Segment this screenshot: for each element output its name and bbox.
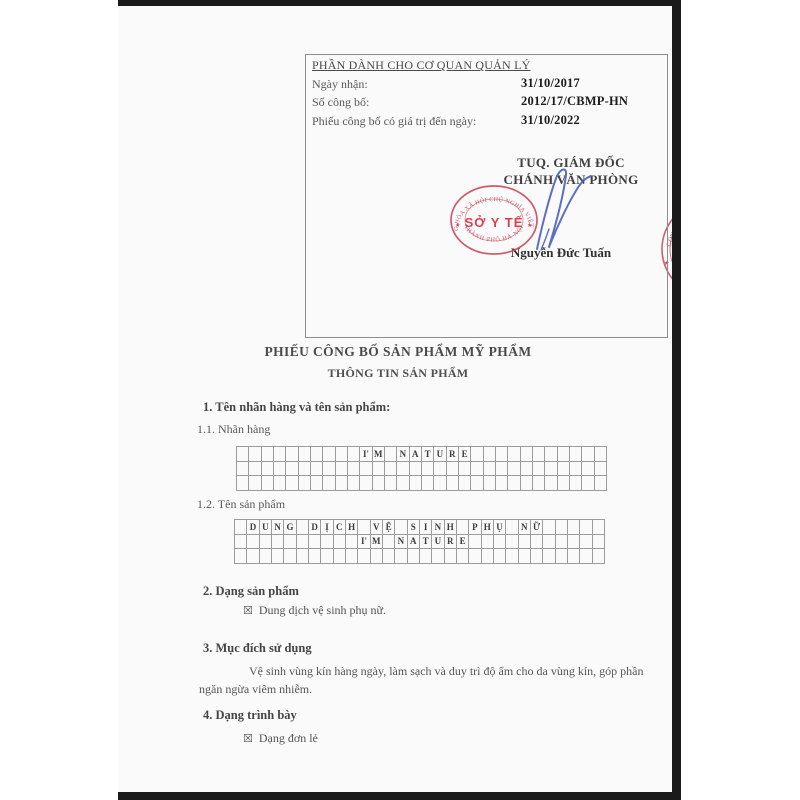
grid-cell xyxy=(284,549,296,564)
grid-cell: P xyxy=(469,520,481,535)
grid-cell xyxy=(309,535,321,550)
grid-cell xyxy=(556,535,568,550)
grid-cell xyxy=(274,447,286,462)
grid-cell: Ữ xyxy=(531,520,543,535)
grid-cell xyxy=(321,535,333,550)
grid-cell xyxy=(237,462,249,477)
grid-cell xyxy=(543,520,555,535)
received-date-value: 31/10/2017 xyxy=(521,76,580,91)
grid-cell xyxy=(237,447,249,462)
grid-cell xyxy=(543,549,555,564)
grid-cell: Ị xyxy=(321,520,333,535)
grid-cell xyxy=(274,476,286,491)
grid-cell xyxy=(432,549,444,564)
section1-sub2-label: 1.2. Tên sản phẩm xyxy=(197,497,285,512)
grid-cell xyxy=(336,476,348,491)
photo-right-border xyxy=(672,0,681,800)
grid-cell xyxy=(506,520,518,535)
grid-cell: U xyxy=(434,447,446,462)
grid-cell xyxy=(484,462,496,477)
grid-cell: R xyxy=(445,535,457,550)
grid-cell xyxy=(568,520,580,535)
document-photo: PHẦN DÀNH CHO CƠ QUAN QUẢN LÝ Ngày nhận:… xyxy=(118,0,681,800)
grid-cell xyxy=(311,476,323,491)
section1-sub1-label: 1.1. Nhãn hàng xyxy=(197,422,270,437)
photo-top-border xyxy=(118,0,681,6)
usage-purpose-line2: ngăn ngừa viêm nhiễm. xyxy=(199,682,312,697)
grid-cell xyxy=(496,447,508,462)
grid-cell xyxy=(593,535,605,550)
section4-option-row: ☒Dạng đơn lẻ xyxy=(243,731,318,746)
section2-heading: 2. Dạng sản phẩm xyxy=(203,584,299,599)
grid-cell xyxy=(558,447,570,462)
grid-cell: U xyxy=(432,535,444,550)
stamp-star-left-icon: ★ xyxy=(455,222,460,229)
section2-option-row: ☒Dung dịch vệ sinh phụ nữ. xyxy=(243,603,386,618)
grid-cell: Ệ xyxy=(383,520,395,535)
section4-heading: 4. Dạng trình bày xyxy=(203,708,297,723)
grid-cell xyxy=(506,535,518,550)
grid-cell xyxy=(593,549,605,564)
grid-cell xyxy=(299,462,311,477)
grid-cell xyxy=(299,476,311,491)
grid-cell xyxy=(533,447,545,462)
grid-cell xyxy=(272,549,284,564)
grid-cell xyxy=(323,476,335,491)
grid-cell xyxy=(249,476,261,491)
grid-cell xyxy=(558,462,570,477)
grid-cell xyxy=(469,549,481,564)
grid-cell: S xyxy=(408,520,420,535)
grid-cell xyxy=(471,447,483,462)
grid-cell xyxy=(373,462,385,477)
grid-cell xyxy=(358,520,370,535)
grid-cell xyxy=(334,535,346,550)
grid-cell xyxy=(459,462,471,477)
grid-cell xyxy=(471,462,483,477)
grid-cell xyxy=(568,549,580,564)
admin-section-box: PHẦN DÀNH CHO CƠ QUAN QUẢN LÝ Ngày nhận:… xyxy=(305,54,668,338)
grid-cell xyxy=(323,447,335,462)
grid-cell xyxy=(457,520,469,535)
grid-cell: Ụ xyxy=(494,520,506,535)
grid-cell xyxy=(580,520,592,535)
grid-cell xyxy=(299,447,311,462)
grid-cell: M xyxy=(373,447,385,462)
grid-cell xyxy=(508,447,520,462)
grid-cell xyxy=(272,535,284,550)
grid-cell xyxy=(397,476,409,491)
usage-purpose-line1: Vệ sinh vùng kín hàng ngày, làm sạch và … xyxy=(249,664,643,679)
grid-cell xyxy=(309,549,321,564)
grid-cell xyxy=(521,447,533,462)
grid-cell xyxy=(545,476,557,491)
grid-cell xyxy=(580,549,592,564)
grid-cell xyxy=(311,447,323,462)
grid-cell: R xyxy=(447,447,459,462)
grid-cell xyxy=(346,535,358,550)
grid-cell xyxy=(348,447,360,462)
grid-cell: U xyxy=(260,520,272,535)
grid-cell xyxy=(519,549,531,564)
grid-cell: T xyxy=(422,447,434,462)
grid-cell xyxy=(385,476,397,491)
grid-cell: C xyxy=(334,520,346,535)
grid-cell xyxy=(334,549,346,564)
section1-heading: 1. Tên nhãn hàng và tên sản phẩm: xyxy=(203,400,390,415)
grid-cell xyxy=(346,549,358,564)
brand-name-grid: I'MNATURE xyxy=(236,446,607,491)
grid-cell xyxy=(260,535,272,550)
grid-cell xyxy=(286,476,298,491)
grid-cell: G xyxy=(284,520,296,535)
grid-cell xyxy=(533,476,545,491)
grid-cell xyxy=(580,535,592,550)
grid-cell xyxy=(286,447,298,462)
grid-cell xyxy=(410,476,422,491)
grid-cell xyxy=(484,476,496,491)
grid-cell xyxy=(508,476,520,491)
grid-cell xyxy=(521,462,533,477)
grid-cell xyxy=(593,520,605,535)
grid-cell xyxy=(482,535,494,550)
grid-cell: N xyxy=(519,520,531,535)
grid-cell xyxy=(457,549,469,564)
grid-cell xyxy=(595,447,607,462)
grid-cell xyxy=(506,549,518,564)
grid-cell xyxy=(582,476,594,491)
grid-cell: A xyxy=(410,447,422,462)
grid-cell xyxy=(321,549,333,564)
document-subtitle: THÔNG TIN SẢN PHẨM xyxy=(198,366,598,381)
grid-cell xyxy=(395,520,407,535)
grid-cell xyxy=(262,476,274,491)
grid-cell xyxy=(383,535,395,550)
grid-cell: N xyxy=(397,447,409,462)
section2-option-label: Dung dịch vệ sinh phụ nữ. xyxy=(259,603,386,617)
grid-cell xyxy=(533,462,545,477)
grid-cell xyxy=(383,549,395,564)
grid-cell xyxy=(247,535,259,550)
grid-cell xyxy=(422,476,434,491)
grid-cell xyxy=(558,476,570,491)
grid-cell xyxy=(311,462,323,477)
grid-cell: H xyxy=(482,520,494,535)
grid-cell xyxy=(545,447,557,462)
grid-cell xyxy=(568,535,580,550)
grid-cell xyxy=(249,447,261,462)
grid-cell xyxy=(519,535,531,550)
grid-cell xyxy=(595,476,607,491)
grid-cell xyxy=(556,549,568,564)
grid-cell: I' xyxy=(360,447,372,462)
grid-cell: I' xyxy=(358,535,370,550)
grid-cell xyxy=(260,549,272,564)
grid-cell xyxy=(237,476,249,491)
grid-cell xyxy=(336,462,348,477)
grid-cell: H xyxy=(346,520,358,535)
grid-cell xyxy=(297,549,309,564)
grid-cell: E xyxy=(457,535,469,550)
grid-cell xyxy=(494,549,506,564)
grid-cell xyxy=(348,462,360,477)
grid-cell xyxy=(496,462,508,477)
admin-box-header: PHẦN DÀNH CHO CƠ QUAN QUẢN LÝ xyxy=(312,58,530,73)
grid-cell xyxy=(543,535,555,550)
grid-cell xyxy=(484,447,496,462)
grid-cell xyxy=(556,520,568,535)
grid-cell xyxy=(471,476,483,491)
valid-until-value: 31/10/2022 xyxy=(521,113,580,128)
grid-cell xyxy=(422,462,434,477)
grid-cell xyxy=(385,462,397,477)
handwritten-signature xyxy=(511,155,611,265)
grid-cell xyxy=(262,447,274,462)
grid-cell xyxy=(348,476,360,491)
grid-cell xyxy=(469,535,481,550)
grid-cell xyxy=(336,447,348,462)
section4-option-label: Dạng đơn lẻ xyxy=(259,731,318,745)
grid-cell xyxy=(447,476,459,491)
grid-cell xyxy=(545,462,557,477)
grid-cell: E xyxy=(459,447,471,462)
grid-cell xyxy=(434,476,446,491)
grid-cell: N xyxy=(432,520,444,535)
grid-cell xyxy=(408,549,420,564)
section3-heading: 3. Mục đích sử dụng xyxy=(203,641,312,656)
grid-cell: V xyxy=(371,520,383,535)
grid-cell xyxy=(360,476,372,491)
grid-cell xyxy=(235,549,247,564)
grid-cell xyxy=(286,462,298,477)
grid-cell xyxy=(262,462,274,477)
grid-cell xyxy=(371,549,383,564)
grid-cell: A xyxy=(408,535,420,550)
grid-cell: N xyxy=(395,535,407,550)
grid-cell xyxy=(360,462,372,477)
grid-cell: T xyxy=(420,535,432,550)
product-name-grid: DUNGDỊCHVỆSINHPHỤNỮI'MNATURE xyxy=(234,519,605,564)
grid-cell xyxy=(395,549,407,564)
grid-cell xyxy=(274,462,286,477)
grid-cell xyxy=(508,462,520,477)
grid-cell xyxy=(420,549,432,564)
grid-cell xyxy=(297,520,309,535)
grid-cell: H xyxy=(445,520,457,535)
grid-cell xyxy=(385,447,397,462)
grid-cell xyxy=(397,462,409,477)
grid-cell xyxy=(582,462,594,477)
grid-cell xyxy=(297,535,309,550)
grid-cell xyxy=(570,447,582,462)
declaration-number-label: Số công bố: xyxy=(312,95,369,110)
grid-cell xyxy=(570,476,582,491)
grid-cell xyxy=(434,462,446,477)
grid-cell xyxy=(447,462,459,477)
grid-cell xyxy=(531,535,543,550)
grid-cell xyxy=(496,476,508,491)
grid-cell: D xyxy=(309,520,321,535)
grid-cell xyxy=(570,462,582,477)
grid-cell: M xyxy=(371,535,383,550)
grid-cell: I xyxy=(420,520,432,535)
grid-cell xyxy=(494,535,506,550)
grid-cell xyxy=(531,549,543,564)
grid-cell xyxy=(249,462,261,477)
grid-cell xyxy=(445,549,457,564)
grid-cell xyxy=(521,476,533,491)
valid-until-label: Phiếu công bố có giá trị đến ngày: xyxy=(312,114,476,129)
grid-cell xyxy=(582,447,594,462)
grid-cell xyxy=(235,535,247,550)
received-date-label: Ngày nhận: xyxy=(312,77,368,92)
grid-cell xyxy=(247,549,259,564)
grid-cell xyxy=(459,476,471,491)
grid-cell xyxy=(358,549,370,564)
grid-cell xyxy=(284,535,296,550)
grid-cell xyxy=(595,462,607,477)
grid-cell xyxy=(410,462,422,477)
grid-cell: N xyxy=(272,520,284,535)
grid-cell xyxy=(323,462,335,477)
grid-cell xyxy=(235,520,247,535)
checked-checkbox-icon: ☒ xyxy=(243,732,253,745)
grid-cell xyxy=(373,476,385,491)
declaration-number-value: 2012/17/CBMP-HN xyxy=(521,94,628,109)
grid-cell: D xyxy=(247,520,259,535)
checked-checkbox-icon: ☒ xyxy=(243,604,253,617)
grid-cell xyxy=(482,549,494,564)
photo-bottom-border xyxy=(118,792,681,800)
document-title: PHIẾU CÔNG BỐ SẢN PHẨM MỸ PHẨM xyxy=(198,344,598,360)
